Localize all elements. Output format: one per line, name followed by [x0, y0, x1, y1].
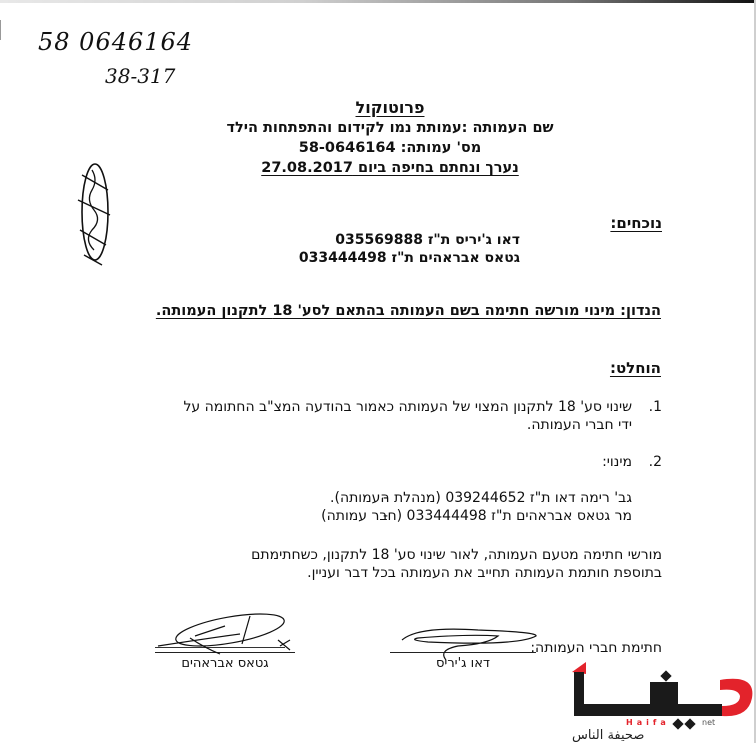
- resolution-2-label: מינוי:: [602, 454, 632, 470]
- haifa-net-watermark: Haifa net صحيفة الناس: [570, 660, 756, 743]
- resolution-1-line-1: שינוי סע' 18 לתקנון המצוי של העמותה כאמו…: [183, 399, 632, 415]
- org-name-line: שם העמותה :עמותת נמו לקידום והתפתחות היל…: [200, 120, 580, 136]
- closing-line-1: מורשי חתימה מטעם העמותה, לאור שינוי סע' …: [251, 547, 662, 563]
- scan-top-edge: [0, 0, 756, 3]
- vertical-signature: [72, 160, 122, 270]
- signature-2-scribble: [150, 608, 295, 658]
- resolution-1-number: 1.: [649, 399, 662, 415]
- signature-1-scribble: [398, 618, 543, 663]
- document-title: פרוטוקול: [200, 98, 580, 117]
- resolution-2-number: 2.: [649, 454, 662, 470]
- subject-line: הנדון: מינוי מורשה חתימה בשם העמותה בהתא…: [156, 303, 661, 319]
- signatures-label: חתימת חברי העמותה:: [530, 640, 662, 656]
- appointee-2: מר גטאס אבראהים ת"ז 033444498 (חבר עמותה…: [321, 508, 632, 524]
- date-line: נערך ונחתם בחיפה ביום 27.08.2017: [200, 160, 580, 176]
- handwritten-registration-number: 58 0646164: [38, 28, 193, 56]
- resolution-1-line-2: ידי חברי העמותה.: [527, 417, 632, 433]
- watermark-tagline: صحيفة الناس: [572, 728, 644, 743]
- handwritten-reference: 38-317: [105, 64, 175, 88]
- appointee-1: גב' רימה דאו ת"ז 039244652 (מנהלת העמותה…: [330, 490, 632, 506]
- watermark-latin: Haifa: [626, 718, 670, 727]
- present-person-1: דאו ג'יריס ת"ז 035569888: [335, 232, 520, 248]
- watermark-suffix: net: [702, 718, 715, 727]
- present-heading: נוכחים:: [610, 214, 662, 232]
- closing-line-2: בתוספת חותמת העמותה תחייב את העמותה בכל …: [307, 565, 662, 581]
- present-person-2: גטאס אבראהים ת"ז 033444498: [299, 250, 520, 266]
- org-number-line: מס' עמותה: 58-0646164: [200, 140, 580, 156]
- scan-left-mark: [0, 20, 1, 40]
- resolved-heading: הוחלט:: [610, 359, 661, 377]
- signer-2-name: גטאס אבראהים: [155, 656, 295, 671]
